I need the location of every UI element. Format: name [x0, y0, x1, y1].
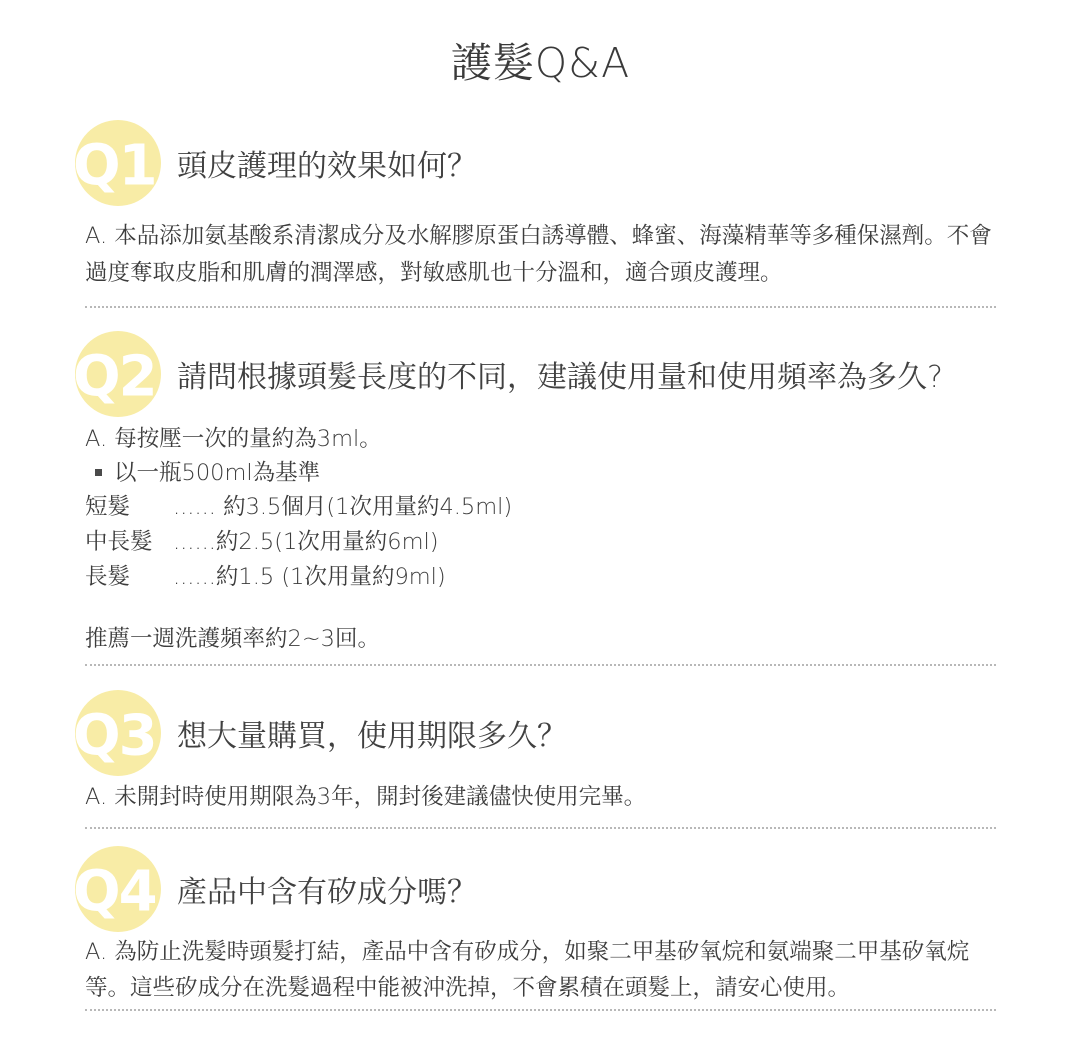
usage-label: 短髮 [85, 490, 173, 525]
section-divider [85, 664, 996, 666]
question-text: 產品中含有矽成分嗎？ [177, 867, 477, 911]
answer-note: 推薦一週洗護頻率約2~3回。 [85, 621, 996, 657]
answer-text: A. 本品添加氨基酸系清潔成分及水解膠原蛋白誘導體、蜂蜜、海藻精華等多種保濕劑。… [85, 218, 996, 292]
q4-badge: Q4 [75, 846, 161, 932]
bullet-note-line: 以一瓶500ml為基準 [85, 457, 996, 490]
q3-badge-label: Q3 [73, 704, 156, 769]
answer-text: A. 為防止洗髮時頭髮打結，產品中含有矽成分，如聚二甲基矽氧烷和氨端聚二甲基矽氧… [85, 934, 996, 1006]
usage-label: 長髮 [85, 560, 173, 595]
question-row: Q2 請問根據頭髮長度的不同，建議使用量和使用頻率為多久? [85, 331, 996, 417]
page-title: 護髮Q&A [85, 0, 996, 90]
q4-badge-label: Q4 [73, 860, 156, 925]
usage-label: 中長髮 [85, 525, 173, 560]
qa-page: 護髮Q&A Q1 頭皮護理的效果如何？ A. 本品添加氨基酸系清潔成分及水解膠原… [0, 0, 1065, 1055]
qa-section-3: Q3 想大量購買，使用期限多久？ A. 未開封時使用期限為3年，開封後建議儘快使… [85, 690, 996, 816]
usage-row-long-hair: 長髮 ......約1.5 (1次用量約9ml) [85, 560, 996, 595]
usage-value: ...... 約3.5個月(1次用量約4.5ml) [173, 490, 512, 525]
q1-badge-label: Q1 [73, 134, 156, 199]
usage-row-medium-hair: 中長髮 ......約2.5(1次用量約6ml) [85, 525, 996, 560]
question-row: Q1 頭皮護理的效果如何？ [85, 120, 996, 206]
section-divider [85, 827, 996, 829]
bullet-square-icon [95, 469, 102, 476]
q1-badge: Q1 [75, 120, 161, 206]
answer-text: A. 未開封時使用期限為3年，開封後建議儘快使用完畢。 [85, 779, 996, 816]
q3-badge: Q3 [75, 690, 161, 776]
qa-section-1: Q1 頭皮護理的效果如何？ A. 本品添加氨基酸系清潔成分及水解膠原蛋白誘導體、… [85, 120, 996, 292]
usage-value: ......約2.5(1次用量約6ml) [173, 525, 439, 560]
question-row: Q3 想大量購買，使用期限多久？ [85, 690, 996, 776]
answer-intro: A. 每按壓一次的量約為3ml。 [85, 421, 996, 457]
section-divider [85, 1009, 996, 1011]
q2-badge-label: Q2 [73, 345, 156, 410]
section-divider [85, 306, 996, 308]
bullet-note-text: 以一瓶500ml為基準 [114, 460, 320, 486]
question-text: 想大量購買，使用期限多久？ [177, 711, 567, 755]
question-text: 頭皮護理的效果如何？ [177, 141, 477, 185]
question-text: 請問根據頭髮長度的不同，建議使用量和使用頻率為多久? [177, 352, 943, 396]
qa-section-2: Q2 請問根據頭髮長度的不同，建議使用量和使用頻率為多久? A. 每按壓一次的量… [85, 331, 996, 657]
qa-section-4: Q4 產品中含有矽成分嗎？ A. 為防止洗髮時頭髮打結，產品中含有矽成分，如聚二… [85, 846, 996, 1006]
question-row: Q4 產品中含有矽成分嗎？ [85, 846, 996, 932]
q2-badge: Q2 [75, 331, 161, 417]
usage-value: ......約1.5 (1次用量約9ml) [173, 560, 446, 595]
usage-row-short-hair: 短髮 ...... 約3.5個月(1次用量約4.5ml) [85, 490, 996, 525]
